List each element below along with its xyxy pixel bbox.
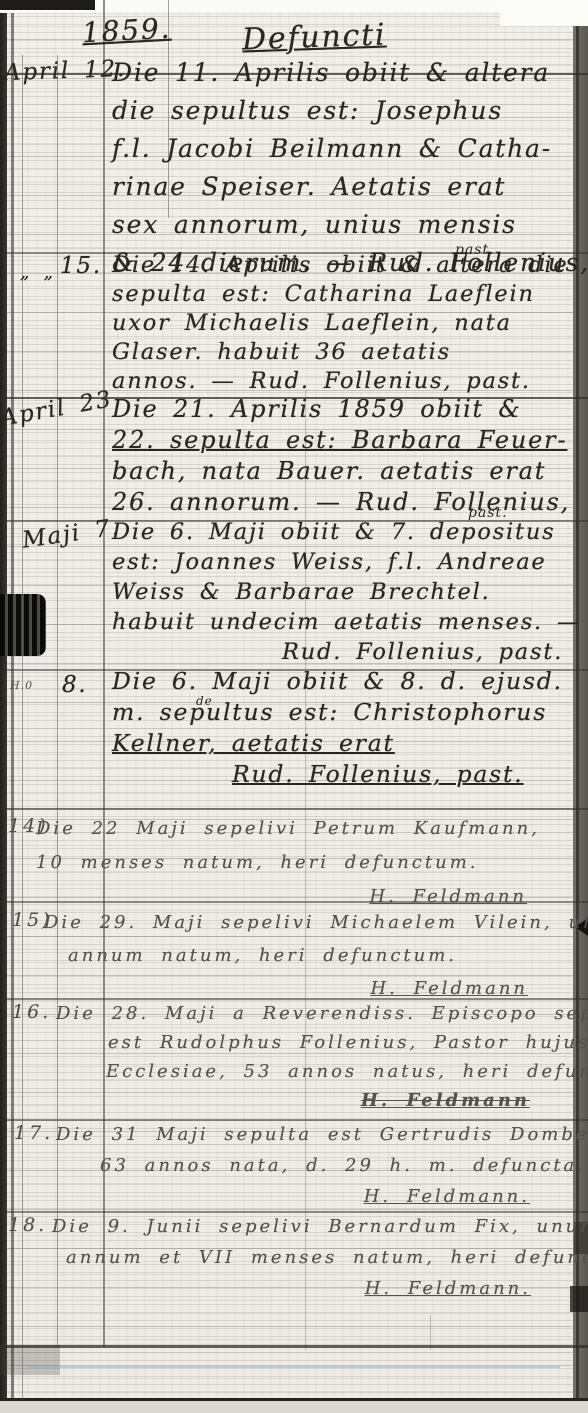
entry-line: rinae Speiser. Aetatis erat [112, 168, 564, 206]
entry-line: 10 menses natum, heri defunctum. [36, 846, 573, 880]
entry-line: Kellner, aetatis erat [112, 728, 574, 759]
entry-line: 22. sepulta est: Barbara Feuer- [112, 425, 567, 456]
entry-7-text: Die 29. Maji sepelivi Michaelem Vilein, … [44, 906, 574, 1005]
entry-line: die sepultus est: Josephus [112, 92, 564, 130]
top-left-smudge [0, 0, 95, 10]
entry-line: habuit undecim aetatis menses. — [112, 607, 574, 637]
page-title: Defuncti [241, 17, 387, 57]
entry-line: annum et VII menses natum, heri defunctu… [66, 1242, 577, 1273]
entry-signature: H. Feldmann [56, 1086, 576, 1115]
entry-line: Die 6. Maji obiit & 7. depositus [112, 517, 574, 547]
year-label: 1859. [81, 12, 172, 50]
entry-line: Weiss & Barbarae Brechtel. [112, 577, 574, 607]
entry-line: sex annorum, unius mensis [112, 206, 564, 244]
entry-line: annum natum, heri defunctum. [68, 939, 574, 972]
entry-3-text: Die 21. Aprilis 1859 obiit & 22. sepulta… [112, 394, 567, 518]
entry-10-text: Die 9. Junii sepelivi Bernardum Fix, unu… [52, 1211, 577, 1304]
bottom-left-smudge [0, 1345, 60, 1375]
entry-line: Die 21. Aprilis 1859 obiit & [112, 394, 567, 425]
entry-9-text: Die 31 Maji sepulta est Gertrudis Domber… [56, 1119, 576, 1212]
entry-signature: Rud. Follenius, past. [112, 637, 574, 667]
entry-line: f.l. Jacobi Beilmann & Catha- [112, 130, 564, 168]
margin-number-entry-9: 17. [14, 1122, 53, 1144]
entry-line: annos. — Rud. Follenius, past. [112, 367, 570, 396]
separator-line [0, 808, 588, 810]
margin-date-entry-1: April 12. [4, 56, 127, 86]
column-rule-1 [22, 55, 23, 1400]
margin-note: H.0 [10, 679, 33, 692]
entry-line: Die 22 Maji sepelivi Petrum Kaufmann, [36, 812, 573, 846]
entry-line: bach, nata Bauer. aetatis erat [112, 456, 567, 487]
margin-day-entry-2: 15. [60, 253, 102, 279]
scan-edge-left-line [11, 0, 14, 1413]
margin-ditto-entry-2: „ „ [20, 262, 55, 283]
entry-signature: H. Feldmann. [52, 1273, 577, 1304]
entry-line: Die 28. Maji a Reverendiss. Episcopo sep… [56, 999, 576, 1028]
entry-6-text: Die 22 Maji sepelivi Petrum Kaufmann, 10… [36, 812, 573, 914]
entry-2-text: Die 14. Aprilis obiit & altera die sepul… [112, 251, 570, 396]
entry-4-text: Die 6. Maji obiit & 7. depositus est: Jo… [112, 517, 574, 667]
entry-line: Die 9. Junii sepelivi Bernardum Fix, unu… [52, 1211, 577, 1242]
entry-line: sepulta est: Catharina Laeflein [112, 280, 570, 309]
entry-line: Die 29. Maji sepelivi Michaelem Vilein, … [44, 906, 574, 939]
blue-rule [28, 1366, 560, 1368]
entry-line: 63 annos nata, d. 29 h. m. defuncta. [100, 1150, 576, 1181]
binding-tab [0, 594, 46, 656]
entry-line: uxor Michaelis Laeflein, nata [112, 309, 570, 338]
entry-line: Glaser. habuit 36 aetatis [112, 338, 570, 367]
parish-death-register-page: 1859. Defuncti April 12. „ „ 15. April 2… [0, 0, 588, 1413]
entry-signature: Rud. Follenius, past. [112, 759, 574, 790]
entry-line: est: Joannes Weiss, f.l. Andreae [112, 547, 574, 577]
scan-edge-left [0, 0, 7, 1413]
scan-edge-right-line [576, 24, 579, 1413]
separator-line [0, 1345, 588, 1348]
entry-line: Die 31 Maji sepulta est Gertrudis Domber… [56, 1119, 576, 1150]
entry-line: 26. annorum. — Rud. Follenius, [112, 487, 567, 518]
entry-1-text: Die 11. Aprilis obiit & altera die sepul… [112, 54, 564, 282]
entry-line: Ecclesiae, 53 annos natus, heri defunctu… [106, 1057, 576, 1086]
entry-8-text: Die 28. Maji a Reverendiss. Episcopo sep… [56, 999, 576, 1115]
bottom-strip [0, 1401, 588, 1413]
entry-line: m. sepultus est: Christophorus [112, 697, 574, 728]
margin-number-entry-10: 18. [8, 1214, 47, 1236]
entry-signature: H. Feldmann. [56, 1181, 576, 1212]
entry-line: est Rudolphus Follenius, Pastor hujus [108, 1028, 576, 1057]
entry-line: Die 14. Aprilis obiit & altera die [112, 251, 570, 280]
margin-day-entry-5: 8. [62, 672, 88, 698]
entry-5-text: Die 6. Maji obiit & 8. d. ejusd. m. sepu… [112, 666, 574, 790]
entry-line: Die 11. Aprilis obiit & altera [112, 54, 564, 92]
entry-line: Die 6. Maji obiit & 8. d. ejusd. [112, 666, 574, 697]
top-right-white-corner [500, 0, 588, 26]
